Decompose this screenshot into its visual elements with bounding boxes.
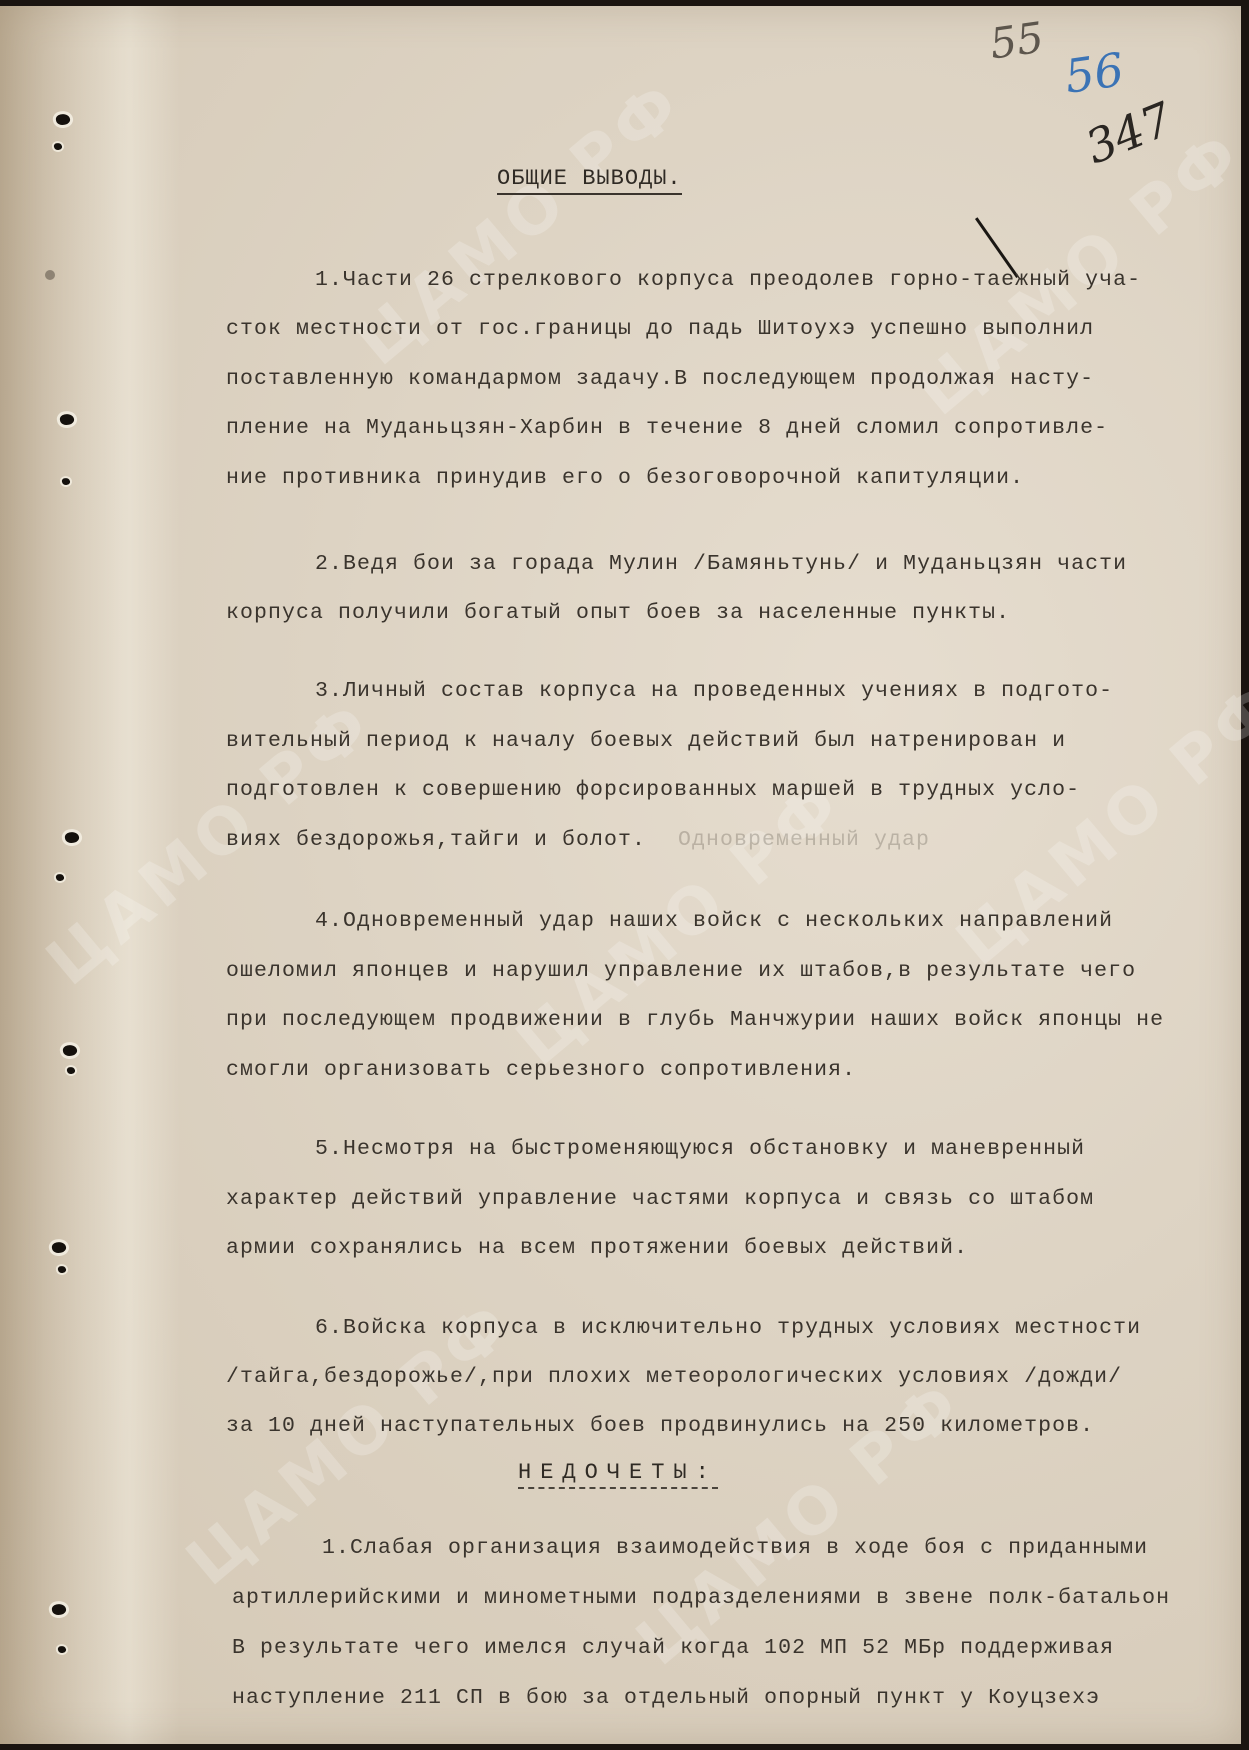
paragraph-line: 4.Одновременный удар наших войск с неско… xyxy=(315,909,1113,933)
paragraph-line: В результате чего имелся случай когда 10… xyxy=(232,1636,1114,1660)
paragraph-line: 5.Несмотря на быстроменяющуюся обстановк… xyxy=(315,1137,1085,1161)
paragraph-line: пление на Муданьцзян-Харбин в течение 8 … xyxy=(226,416,1108,440)
paragraph-line: при последующем продвижении в глубь Манч… xyxy=(226,1008,1164,1032)
paragraph-line: вительный период к началу боевых действи… xyxy=(226,729,1066,753)
paragraph-line: виях бездорожья,тайги и болот. xyxy=(226,828,646,852)
handwritten-page-number: 347 xyxy=(1078,92,1180,175)
paragraph-line: ошеломил японцев и нарушил управление их… xyxy=(226,959,1136,983)
paragraph-line: 3.Личный состав корпуса на проведенных у… xyxy=(315,679,1113,703)
paragraph-line: поставленную командармом задачу.В послед… xyxy=(226,367,1094,391)
paragraph-line: 1.Части 26 стрелкового корпуса преодолев… xyxy=(315,268,1141,292)
paragraph-line: 6.Войска корпуса в исключительно трудных… xyxy=(315,1316,1141,1340)
handwritten-page-number: 55 xyxy=(987,13,1047,69)
paragraph-line: характер действий управление частями кор… xyxy=(226,1187,1094,1211)
archive-watermark: ЦАМО РФ xyxy=(943,666,1249,981)
section-title: ОБЩИЕ ВЫВОДЫ. xyxy=(497,166,682,195)
paragraph-line: армии сохранялись на всем протяжении бое… xyxy=(226,1236,968,1260)
stain-mark xyxy=(45,270,55,280)
document-page: ЦАМО РФ ЦАМО РФ ЦАМО РФ ЦАМО РФ ЦАМО РФ … xyxy=(0,6,1241,1744)
paragraph-line: подготовлен к совершению форсированных м… xyxy=(226,778,1080,802)
paragraph-line: 1.Слабая организация взаимодействия в хо… xyxy=(322,1536,1148,1560)
struck-text: Одновременный удар xyxy=(678,828,930,852)
paragraph-line: наступление 211 СП в бою за отдельный оп… xyxy=(232,1686,1100,1710)
handwritten-page-number: 56 xyxy=(1062,42,1127,104)
paragraph-line: артиллерийскими и минометными подразделе… xyxy=(232,1586,1170,1610)
paragraph-line: 2.Ведя бои за горада Мулин /Бамяньтунь/ … xyxy=(315,552,1127,576)
paragraph-line: ние противника принудив его о безоговоро… xyxy=(226,466,1024,490)
paragraph-line: /тайга,бездорожье/,при плохих метеоролог… xyxy=(226,1365,1122,1389)
paragraph-line: сток местности от гос.границы до падь Ши… xyxy=(226,317,1094,341)
paragraph-line: смогли организовать серьезного сопротивл… xyxy=(226,1058,856,1082)
shortcomings-title: НЕДОЧЕТЫ: xyxy=(518,1460,718,1489)
archive-watermark: ЦАМО РФ xyxy=(623,1366,978,1681)
paragraph-line: за 10 дней наступательных боев продвинул… xyxy=(226,1414,1094,1438)
paragraph-line: корпуса получили богатый опыт боев за на… xyxy=(226,601,1010,625)
